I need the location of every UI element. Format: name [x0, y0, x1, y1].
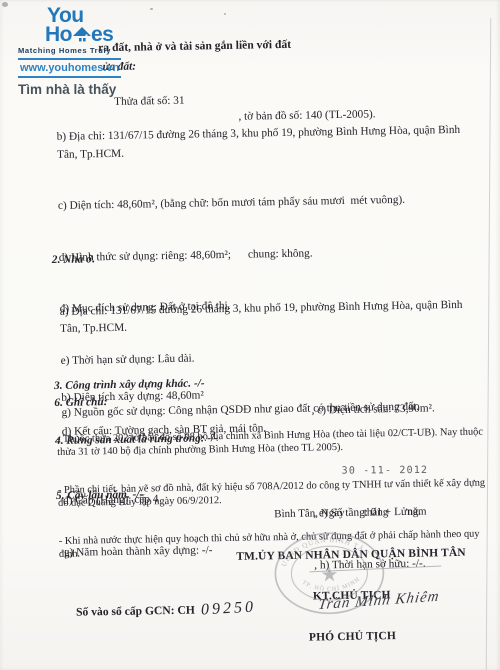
brand-slogan: Tìm nhà là thấy [18, 82, 140, 97]
brand-es: es [91, 23, 113, 46]
brand-wordmark: You Ho es [18, 6, 140, 44]
seal-ring-top-text: UBND QUẬN BÌNH TÂN [279, 535, 371, 568]
brand-ho: Ho [45, 23, 72, 46]
land-address: b) Địa chỉ: 131/67/15 đường 26 tháng 3, … [57, 122, 478, 164]
signer-title-line: PHÓ CHỦ TỊCH [180, 627, 500, 647]
house-address: a) Địa chỉ: 131/67/15 đường 26 tháng 3, … [60, 297, 484, 339]
house-icon [73, 27, 91, 42]
note-item: - Thuộc thửa 202 tờ bản đồ số 08 bộ địa … [57, 427, 491, 460]
youhomes-watermark: You Ho es Matching Homes Truly www.youho… [18, 6, 140, 97]
scan-speckle [150, 8, 153, 10]
place-date-line: Bình Tân, Ngày tháng năm [178, 504, 500, 524]
seal-star-icon: ★ [320, 564, 338, 586]
scanned-certificate-page: ra đất, nhà ở và tài sản gắn liền với đấ… [0, 0, 500, 670]
section3-other-constructions: 3. Công trình xây dựng khác. -/- [54, 375, 217, 396]
scan-speckle [2, 2, 8, 7]
document-body: ra đất, nhà ở và tài sản gắn liền với đấ… [52, 30, 493, 657]
received-date-stamp: 30 -11- 2012 [342, 462, 429, 480]
registry-label: Số vào sổ cấp GCN: CH [76, 604, 195, 619]
scan-speckle [224, 13, 226, 15]
house-section-title: 2. Nhà ở. [52, 245, 482, 270]
brand-homes: Ho es [45, 25, 140, 44]
registry-line: Số vào sổ cấp GCN: CH 09250 [76, 600, 256, 622]
svg-text:UBND QUẬN BÌNH TÂN: UBND QUẬN BÌNH TÂN [279, 535, 371, 568]
registry-number-handwritten: 09250 [200, 599, 256, 619]
brand-website: www.youhomes.vn [18, 58, 121, 78]
brand-tagline: Matching Homes Truly [18, 46, 140, 55]
